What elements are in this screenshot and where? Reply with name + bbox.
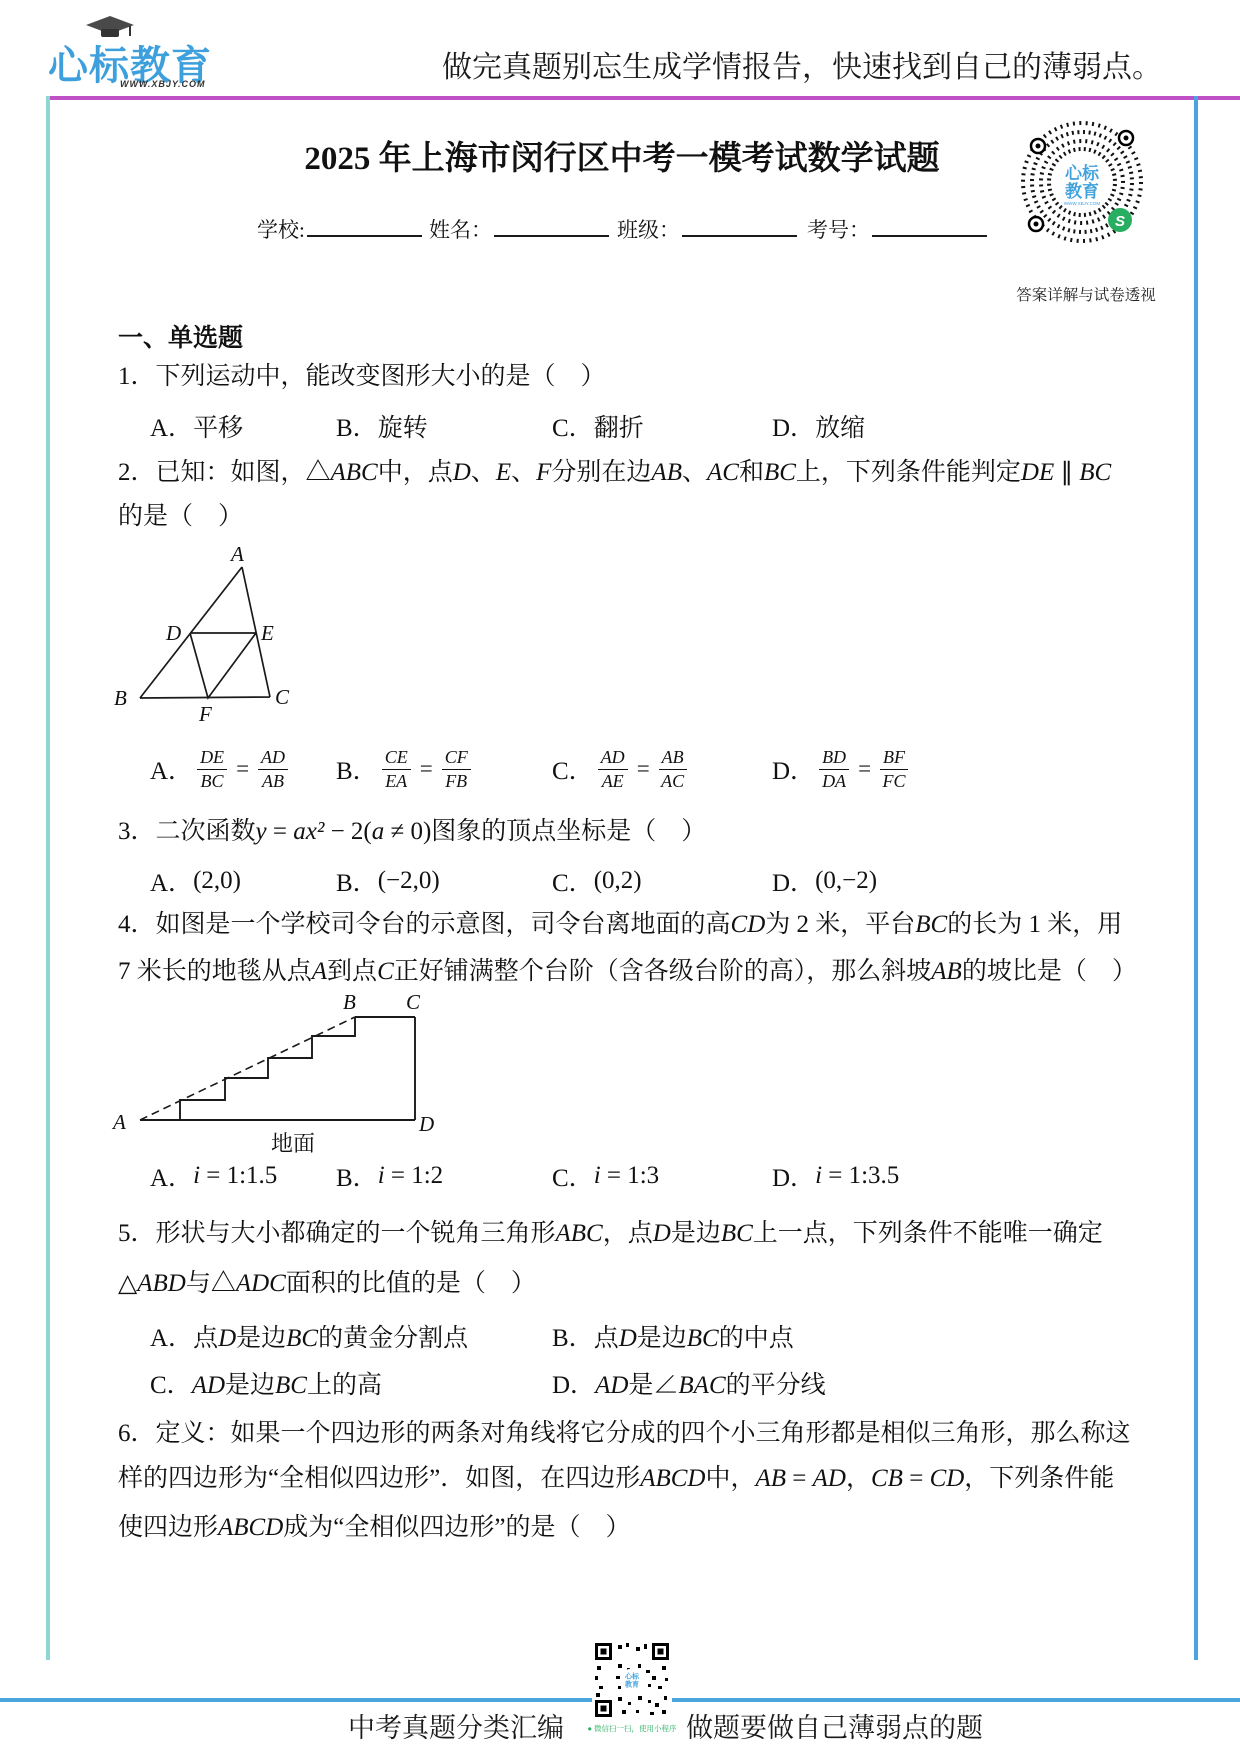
school-label: 学校: [257,218,305,242]
q2-label-f: F [198,702,212,724]
footer-left-text: 中考真题分类汇编 [348,1706,564,1745]
examno-label: 考号： [807,218,870,242]
q5-option-b: B．点D是边BC的中点 [552,1318,794,1354]
q2-option-a: A． DEBC = ADAB [150,747,292,791]
q3-options-row: A．(2,0) B．(−2,0) C．(0,2) D．(0,−2) [0,863,1240,897]
q5-stem-line2: △ABD与△ADC面积的比值的是（ ） [118,1268,536,1299]
q6-stem-line3: 使四边形ABCD成为“全相似四边形”的是（ ） [118,1512,631,1543]
q1-options-row: A．平移 B．旋转 C．翻折 D．放缩 [0,408,1240,442]
q2-triangle-figure: A B C D E F [95,544,305,724]
q3-option-d: D．(0,−2) [772,863,877,899]
q5-option-a: A．点D是边BC的黄金分割点 [150,1318,468,1354]
logo-url: WWW.XBJY.COM [120,79,206,89]
q1-stem: 1．下列运动中，能改变图形大小的是（ ） [118,361,606,392]
header-tagline: 做完真题别忘生成学情报告，快速找到自己的薄弱点。 [442,42,1162,86]
class-field: 班级： [617,214,797,244]
q6-stem-line1: 6．定义：如果一个四边形的两条对角线将它分成的四个小三角形都是相似三角形，那么称… [118,1418,1131,1449]
q2-label-d: D [165,621,181,645]
q4-label-ground: 地面 [271,1131,315,1156]
q4-label-b: B [343,993,356,1014]
qr-center-text-1: 心标 [1065,163,1100,183]
q2-stem-line1: 2．已知：如图，△ABC中，点D、E、F分别在边AB、AC和BC上，下列条件能判… [118,457,1111,488]
q4-label-a: A [111,1110,126,1134]
exam-page: 心标教育 WWW.XBJY.COM 做完真题别忘生成学情报告，快速找到自己的薄弱… [0,0,1240,1754]
class-blank[interactable] [682,214,797,237]
school-field: 学校: [257,214,422,244]
name-field: 姓名： [429,214,609,244]
q1-option-d: D．放缩 [772,408,865,444]
section-title: 一、单选题 [118,318,243,354]
name-label: 姓名： [429,218,492,242]
class-label: 班级： [617,218,680,242]
q4-stem-line2: 7 米长的地毯从点A到点C正好铺满整个台阶（含各级台阶的高），那么斜坡AB的坡比… [118,956,1137,987]
q4-stem-line1: 4．如图是一个学校司令台的示意图，司令台离地面的高CD为 2 米，平台BC的长为… [118,909,1122,940]
q2-label-b: B [114,686,127,710]
school-blank[interactable] [307,214,422,237]
qr-center-text-2: 教育 [1065,181,1099,201]
q5-stem-line1: 5．形状与大小都确定的一个锐角三角形ABC，点D是边BC上一点，下列条件不能唯一… [118,1218,1103,1249]
q2-option-b: B． CEEA = CFFB [336,747,475,791]
q5-option-c: C．AD是边BC上的高 [150,1365,382,1401]
q5-options-row1: A．点D是边BC的黄金分割点 B．点D是边BC的中点 [0,1318,1240,1352]
q4-option-a: A．i = 1:1.5 [150,1158,277,1194]
q4-options-row: A．i = 1:1.5 B．i = 1:2 C．i = 1:3 D．i = 1:… [0,1158,1240,1192]
q1-option-a: A．平移 [150,408,243,444]
q2-options-row: A． DEBC = ADAB B． CEEA = CFFB C． ADAE = … [0,747,1240,799]
footer-qr-center-2: 教育 [624,1680,639,1689]
q4-stairs-figure: A B C D 地面 [103,993,443,1157]
miniprogram-qr-code: 心标 教育 WWW.XBJY.COM S [1018,118,1146,246]
q5-option-d: D．AD是∠BAC的平分线 [552,1365,826,1401]
q2-label-c: C [275,685,290,709]
q2-option-d: D． BDDA = BFFC [772,747,912,791]
footer-right-text: 做题要做自己薄弱点的题 [686,1706,983,1745]
q2-stem-line2: 的是（ ） [118,501,243,532]
page-title: 2025 年上海市闵行区中考一模考试数学试题 [122,132,1122,179]
name-blank[interactable] [494,214,609,237]
q1-option-b: B．旋转 [336,408,428,444]
q1-option-c: C．翻折 [552,408,644,444]
q4-label-c: C [406,993,421,1014]
q4-option-b: B．i = 1:2 [336,1158,443,1194]
q6-stem-line2: 样的四边形为“全相似四边形”．如图，在四边形ABCD中，AB = AD，CB =… [118,1463,1114,1494]
q4-label-d: D [418,1112,434,1136]
examno-field: 考号： [807,214,987,244]
wechat-glyph: S [1115,213,1125,230]
q3-option-c: C．(0,2) [552,863,642,899]
q3-option-a: A．(2,0) [150,863,241,899]
qr-caption: 答案详解与试卷透视 [1016,283,1156,305]
top-divider-line [46,96,1240,100]
examno-blank[interactable] [872,214,987,237]
footer-qr-caption: ● 微信扫一扫，使用小程序 [572,1723,692,1734]
q5-options-row2: C．AD是边BC上的高 D．AD是∠BAC的平分线 [0,1365,1240,1399]
q4-option-c: C．i = 1:3 [552,1158,659,1194]
q2-label-e: E [260,621,274,645]
q2-label-a: A [229,544,244,566]
q3-option-b: B．(−2,0) [336,863,440,899]
q2-option-c: C． ADAE = ABAC [552,747,691,791]
qr-center-url: WWW.XBJY.COM [1064,201,1100,206]
q4-option-d: D．i = 1:3.5 [772,1158,899,1194]
footer-qr-code: 心标 教育 [592,1640,672,1720]
q3-stem: 3．二次函数y = ax² − 2(a ≠ 0)图象的顶点坐标是（ ） [118,816,706,847]
footer-qr-center-1: 心标 [625,1672,640,1681]
